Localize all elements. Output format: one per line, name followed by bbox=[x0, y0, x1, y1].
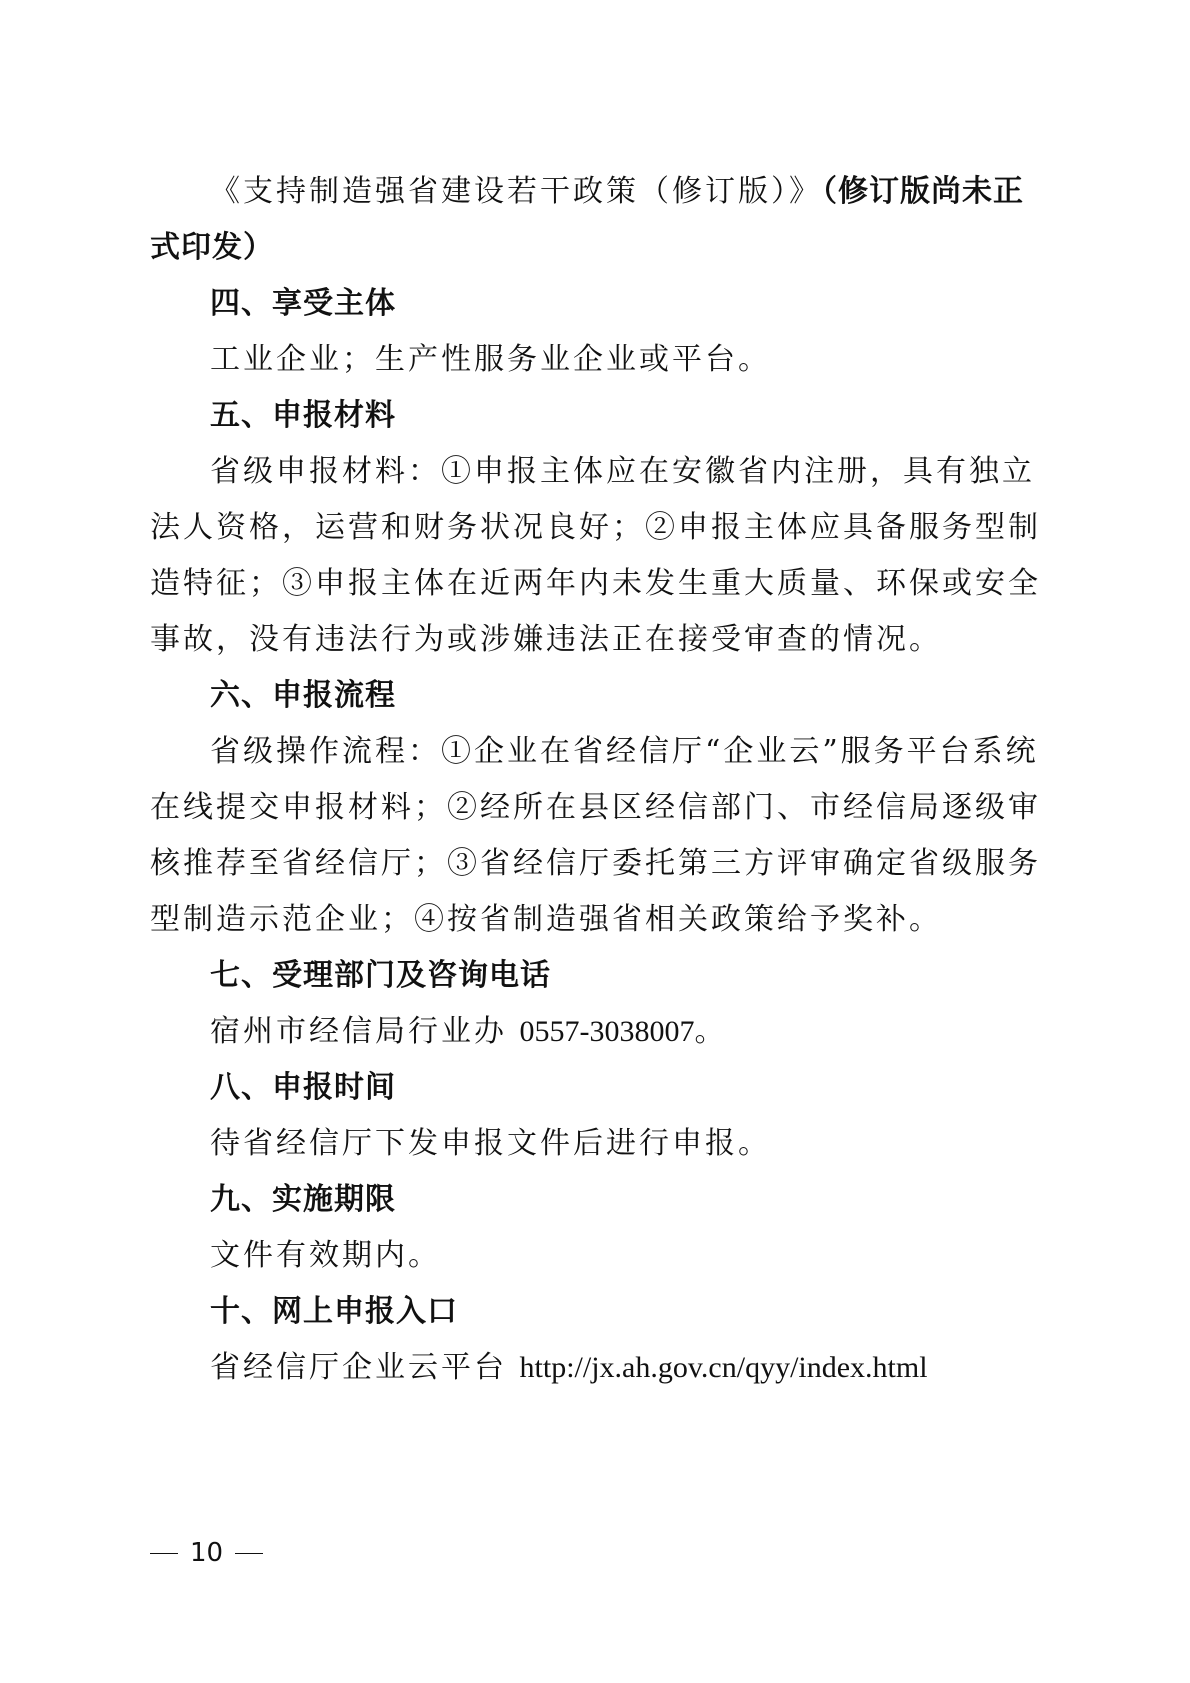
footer-dash-left bbox=[150, 1553, 178, 1554]
online-platform-url[interactable]: http://jx.ah.gov.cn/qyy/index.html bbox=[520, 1351, 928, 1384]
policy-title-line: 《支持制造强省建设若干政策（修订版）》（修订版尚未正 bbox=[210, 172, 1030, 212]
policy-note-continued-line: 式印发） bbox=[150, 228, 1030, 268]
materials-line-4: 事故，没有违法行为或涉嫌违法正在接受审查的情况。 bbox=[150, 620, 1030, 660]
contact-department: 宿州市经信局行业办 bbox=[210, 1014, 507, 1049]
section-heading-online-entry: 十、网上申报入口 bbox=[210, 1292, 1030, 1332]
section-heading-application-materials: 五、申报材料 bbox=[210, 396, 1030, 436]
section-heading-application-time: 八、申报时间 bbox=[210, 1068, 1030, 1108]
section-heading-eligible-subjects: 四、享受主体 bbox=[210, 284, 1030, 324]
section-body-eligible-subjects: 工业企业；生产性服务业企业或平台。 bbox=[210, 340, 1030, 380]
footer-dash-right bbox=[235, 1553, 263, 1554]
materials-line-1: 省级申报材料：①申报主体应在安徽省内注册，具有独立 bbox=[210, 452, 1030, 492]
online-entry-line: 省经信厅企业云平台 http://jx.ah.gov.cn/qyy/index.… bbox=[210, 1348, 1030, 1388]
materials-line-3: 造特征；③申报主体在近两年内未发生重大质量、环保或安全 bbox=[150, 564, 1030, 604]
process-line-3: 核推荐至省经信厅；③省经信厅委托第三方评审确定省级服务 bbox=[150, 844, 1030, 884]
contact-line: 宿州市经信局行业办 0557-3038007。 bbox=[210, 1012, 1030, 1052]
section-body-application-time: 待省经信厅下发申报文件后进行申报。 bbox=[210, 1124, 1030, 1164]
page-number: 10 bbox=[190, 1536, 223, 1570]
online-platform-name: 省经信厅企业云平台 bbox=[210, 1350, 507, 1385]
process-line-1: 省级操作流程：①企业在省经信厅“企业云”服务平台系统 bbox=[210, 732, 1030, 772]
policy-note-continued: 式印发） bbox=[150, 230, 274, 265]
materials-line-2: 法人资格，运营和财务状况良好；②申报主体应具备服务型制 bbox=[150, 508, 1030, 548]
policy-note: （修订版尚未正 bbox=[822, 174, 1024, 209]
policy-title: 《支持制造强省建设若干政策（修订版）》 bbox=[210, 174, 822, 209]
section-heading-validity-period: 九、实施期限 bbox=[210, 1180, 1030, 1220]
document-page: 《支持制造强省建设若干政策（修订版）》（修订版尚未正 式印发） 四、享受主体 工… bbox=[0, 0, 1190, 1683]
process-line-4: 型制造示范企业；④按省制造强省相关政策给予奖补。 bbox=[150, 900, 1030, 940]
page-footer: 10 bbox=[150, 1536, 263, 1570]
contact-phone: 0557-3038007。 bbox=[520, 1015, 725, 1048]
section-body-validity-period: 文件有效期内。 bbox=[210, 1236, 1030, 1276]
section-heading-application-process: 六、申报流程 bbox=[210, 676, 1030, 716]
process-line-2: 在线提交申报材料；②经所在县区经信部门、市经信局逐级审 bbox=[150, 788, 1030, 828]
section-heading-contact: 七、受理部门及咨询电话 bbox=[210, 956, 1030, 996]
